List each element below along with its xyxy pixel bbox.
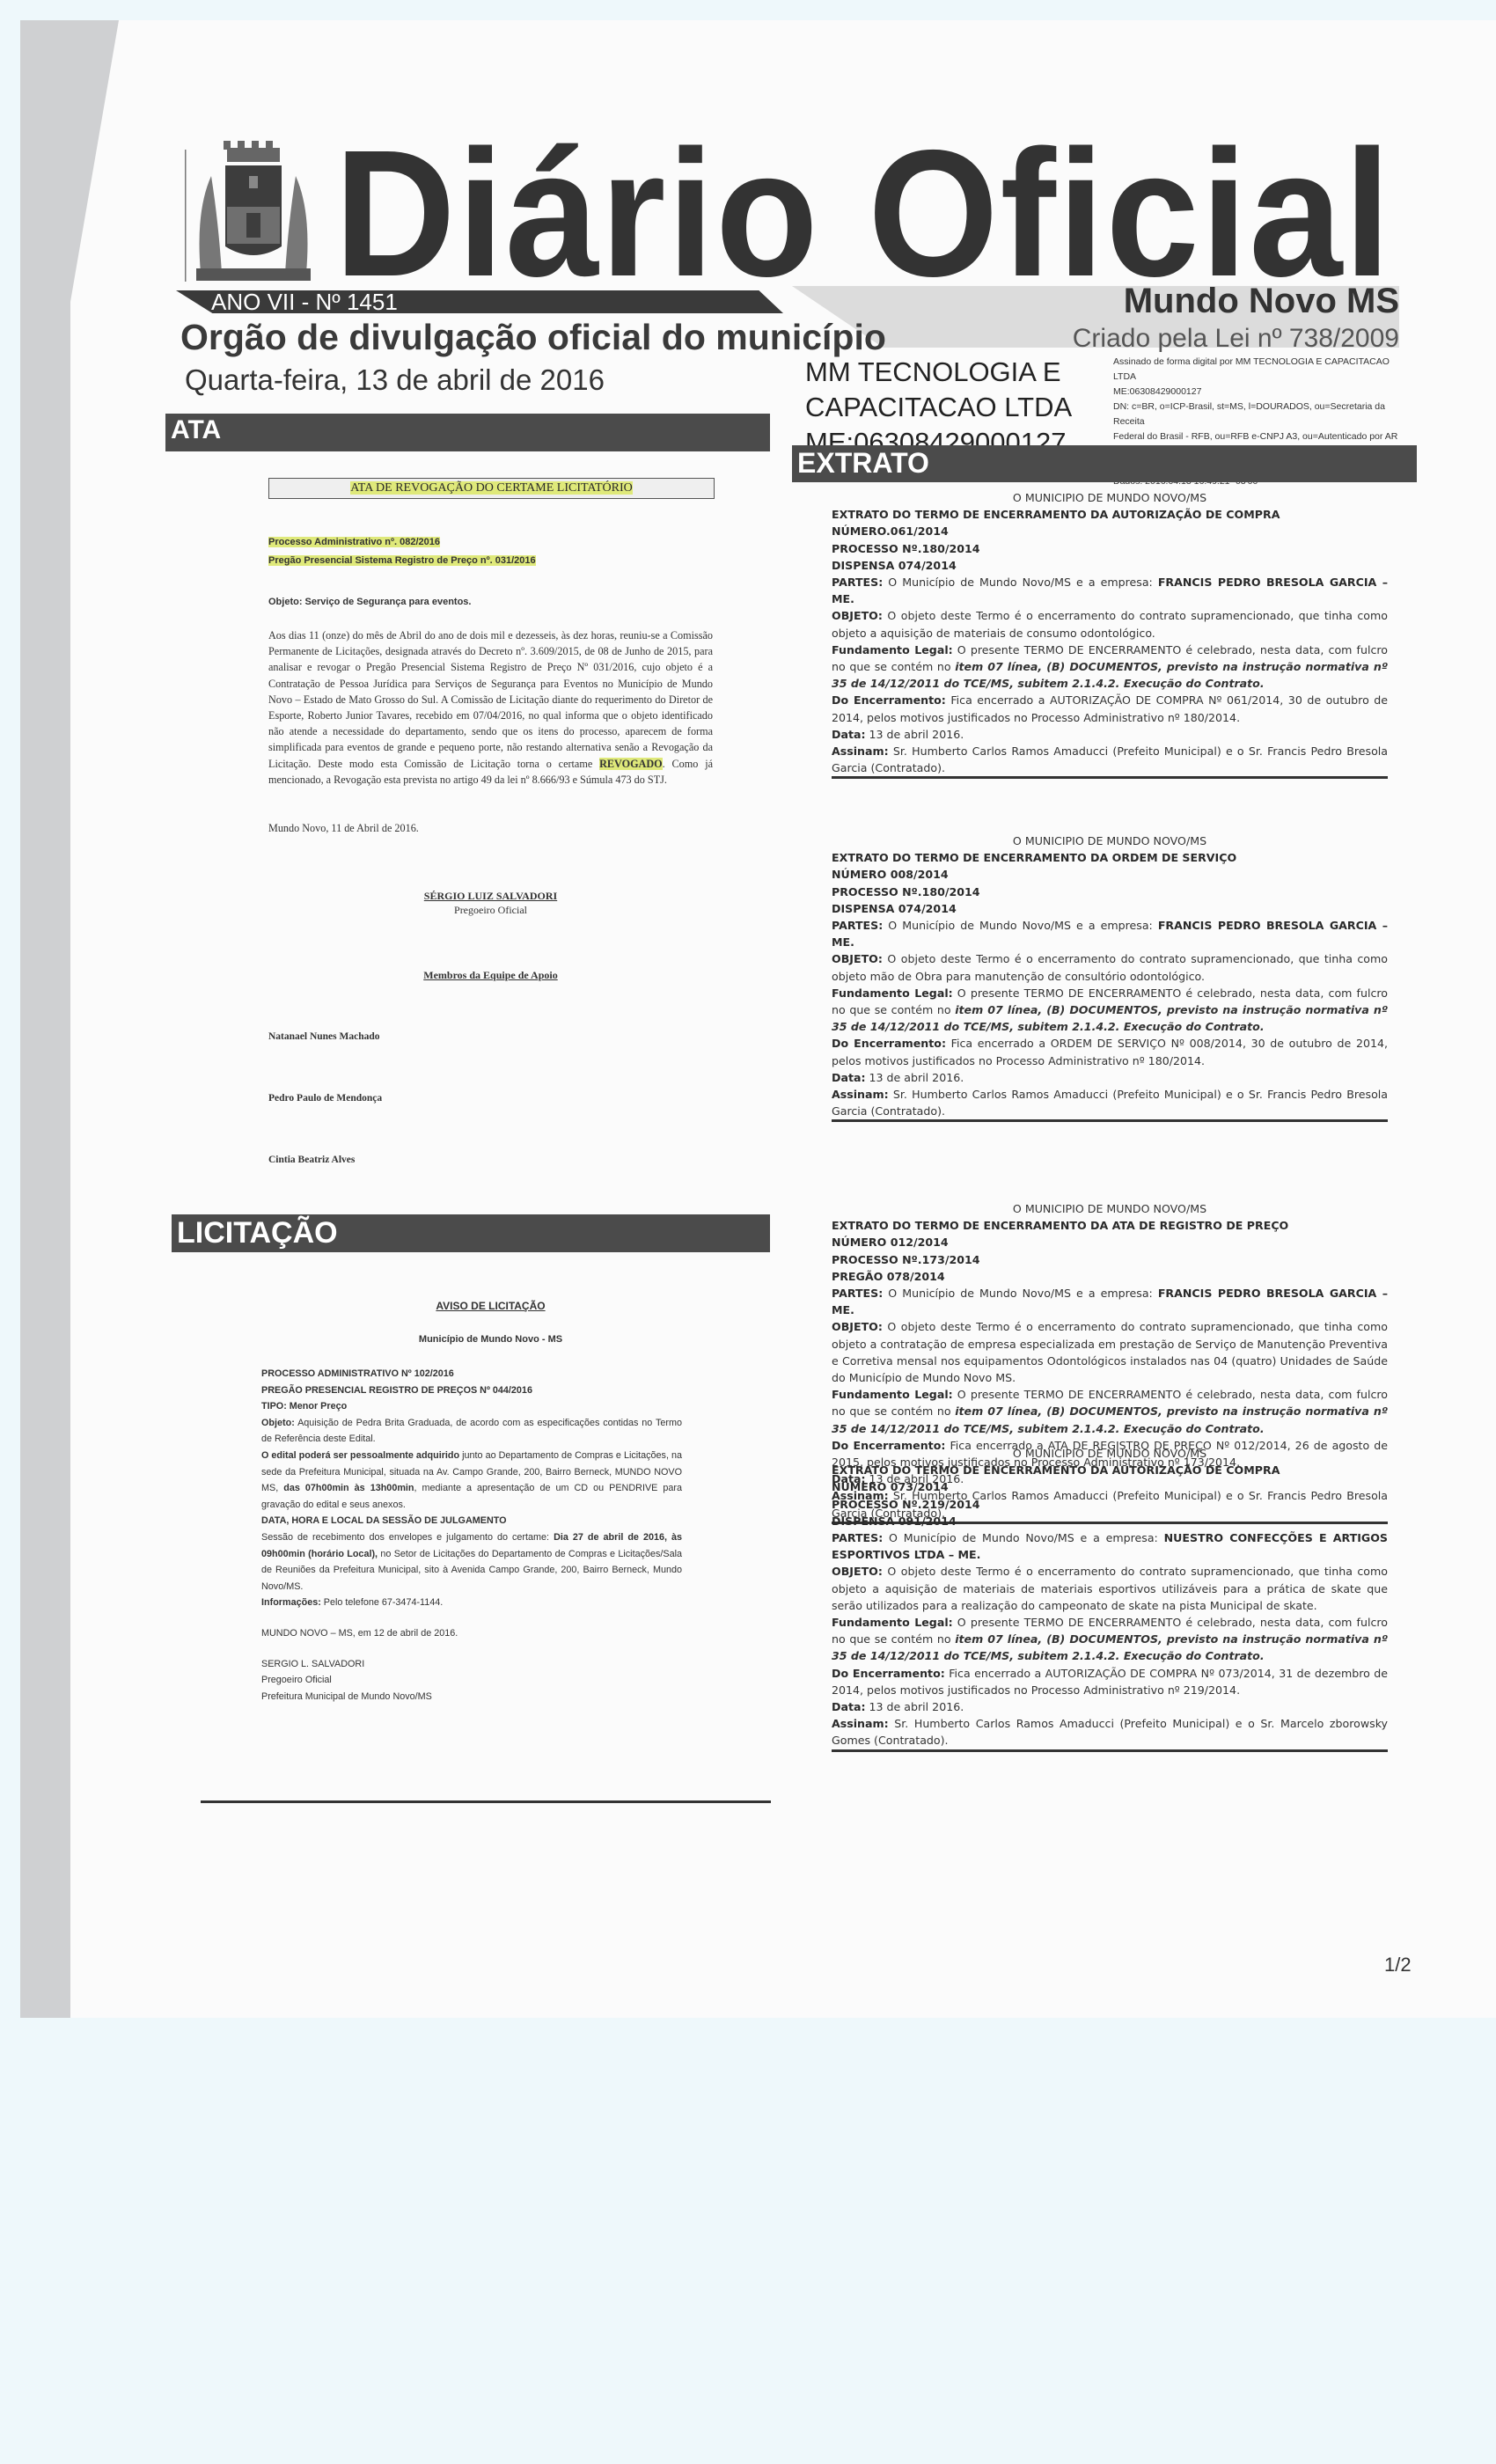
ata-process-info: Processo Administrativo nº. 082/2016 Pre… xyxy=(268,533,713,570)
ata-member: Pedro Paulo de Mendonça xyxy=(268,1091,713,1107)
ata-place-date: Mundo Novo, 11 de Abril de 2016. xyxy=(268,821,713,837)
ata-member: Natanael Nunes Machado xyxy=(268,1030,713,1045)
section-licitacao-header: LICITAÇÃO xyxy=(172,1214,770,1252)
digital-signer: MM TECNOLOGIA E CAPACITACAO LTDA ME:0630… xyxy=(805,355,1072,460)
extrato-entry: O MUNICIPIO DE MUNDO NOVO/MSEXTRATO DO T… xyxy=(832,489,1388,779)
extrato-entry: O MUNICIPIO DE MUNDO NOVO/MSEXTRATO DO T… xyxy=(832,832,1388,1122)
licitacao-body: PROCESSO ADMINISTRATIVO Nº 102/2016 PREG… xyxy=(261,1366,682,1705)
ata-member: Cintia Beatriz Alves xyxy=(268,1153,713,1169)
section-ata-header: ATA xyxy=(165,414,770,451)
municipal-crest-icon xyxy=(183,141,324,290)
ata-members-title: Membros da Equipe de Apoio xyxy=(268,968,713,984)
tagline: Orgão de divulgação oficial do município xyxy=(180,317,886,358)
section-extrato-header: EXTRATO xyxy=(792,445,1417,482)
licitacao-title: AVISO DE LICITAÇÃO xyxy=(268,1299,713,1315)
ata-body: Aos dias 11 (onze) do mês de Abril do an… xyxy=(268,627,713,788)
page-number: 1/2 xyxy=(1384,1954,1412,1976)
edition-number: ANO VII - Nº 1451 xyxy=(211,289,398,316)
licitacao-subtitle: Município de Mundo Novo - MS xyxy=(268,1332,713,1348)
ata-title-box: ATA DE REVOGAÇÃO DO CERTAME LICITATÓRIO xyxy=(268,478,715,499)
city-name: Mundo Novo MS xyxy=(1124,282,1399,321)
ata-objeto: Objeto: Serviço de Segurança para evento… xyxy=(268,595,713,611)
masthead-title: Diário Oficial xyxy=(334,130,1392,297)
left-column-divider xyxy=(201,1800,771,1803)
creation-law: Criado pela Lei nº 738/2009 xyxy=(1073,324,1399,354)
extrato-entry: O MUNICIPIO DE MUNDO NOVO/MSEXTRATO DO T… xyxy=(832,1445,1388,1752)
ata-signature: SÉRGIO LUIZ SALVADORI Pregoeiro Oficial xyxy=(268,889,713,917)
issue-date: Quarta-feira, 13 de abril de 2016 xyxy=(185,363,605,397)
